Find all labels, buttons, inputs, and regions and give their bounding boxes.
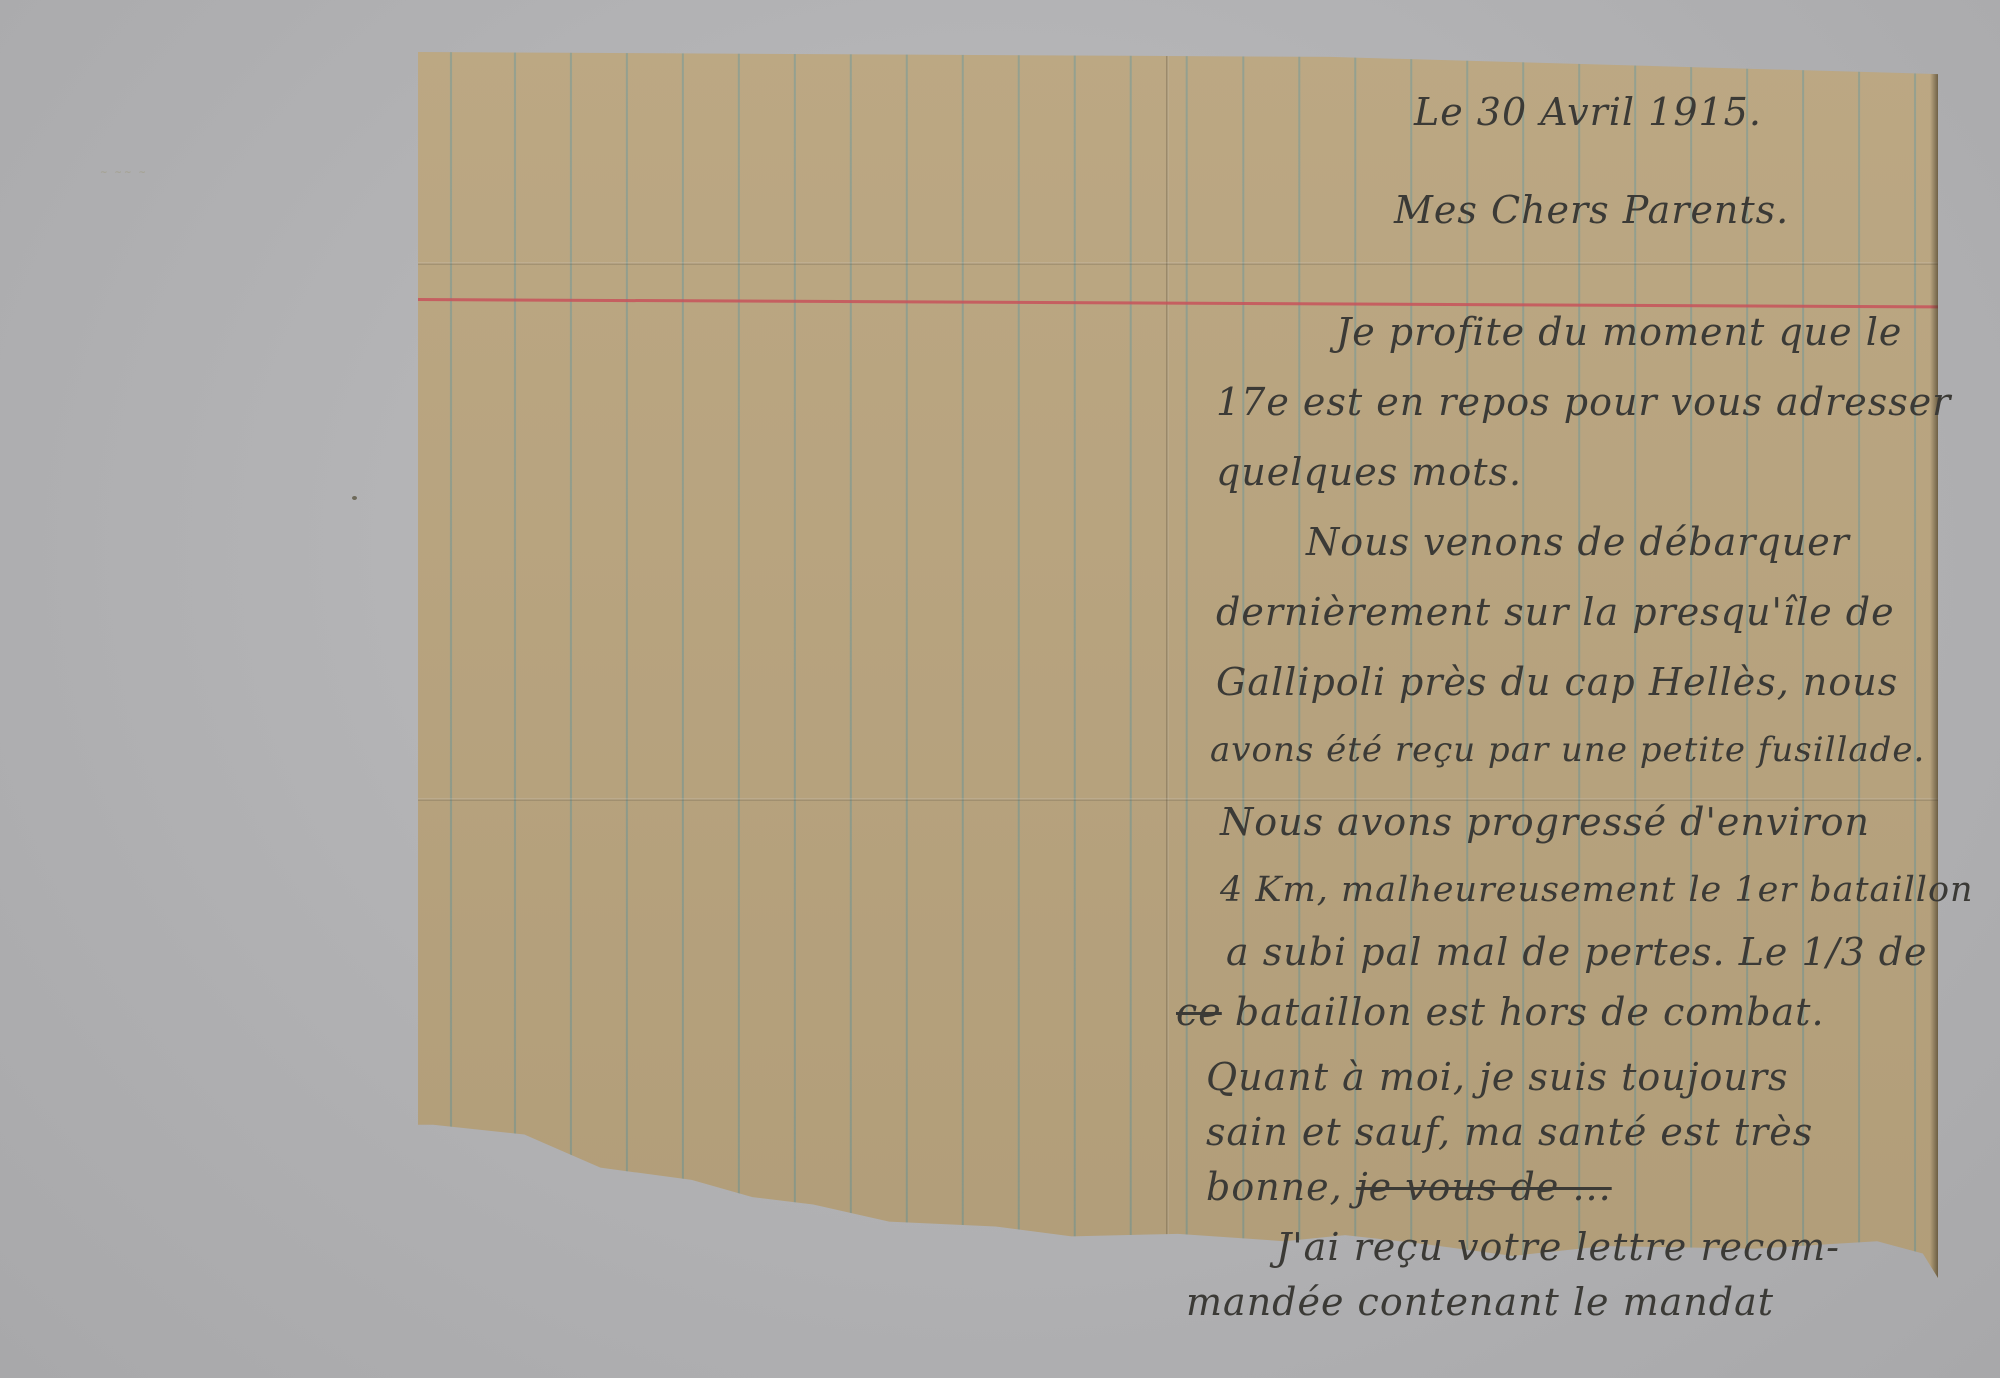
letter-salutation: Mes Chers Parents. [1394,188,1789,232]
letter-line: a subi pal mal de pertes. Le 1/3 de [1226,930,1928,974]
letter-line: bonne, je vous de ... [1206,1165,1612,1209]
letter-line: Quant à moi, je suis toujours [1206,1055,1789,1099]
letter-line: Nous venons de débarquer [1306,520,1850,564]
center-fold [1166,52,1169,1278]
letter-line: avons été reçu par une petite fusillade. [1210,730,1925,770]
letter-line: Je profite du moment que le [1336,310,1902,354]
handwritten-letter: Le 30 Avril 1915. Mes Chers Parents. Je … [1176,60,1936,1260]
letter-line: ce bataillon est hors de combat. [1176,990,1825,1034]
letter-line: Gallipoli près du cap Hellès, nous [1216,660,1898,704]
letter-line: 17e est en repos pour vous adresser [1216,380,1951,424]
letter-line: dernièrement sur la presqu'île de [1216,590,1895,634]
letter-line-text: bataillon est hors de combat. [1235,990,1825,1034]
background-smudge: ~ ~~ ~ [100,168,260,176]
letter-line: J'ai reçu votre lettre recom- [1276,1225,1840,1269]
letter-line: Nous avons progressé d'environ [1220,800,1870,844]
dust-speck [352,496,357,500]
letter-line: mandée contenant le mandat [1186,1280,1774,1324]
struck-word: ce [1176,990,1222,1034]
struck-phrase: je vous de ... [1356,1165,1612,1209]
letter-line-text: bonne, [1206,1165,1343,1209]
letter-line: quelques mots. [1216,450,1522,494]
letter-line: 4 Km, malheureusement le 1er bataillon [1220,870,1974,910]
letter-line: sain et sauf, ma santé est très [1206,1110,1813,1154]
letter-date: Le 30 Avril 1915. [1414,90,1762,134]
